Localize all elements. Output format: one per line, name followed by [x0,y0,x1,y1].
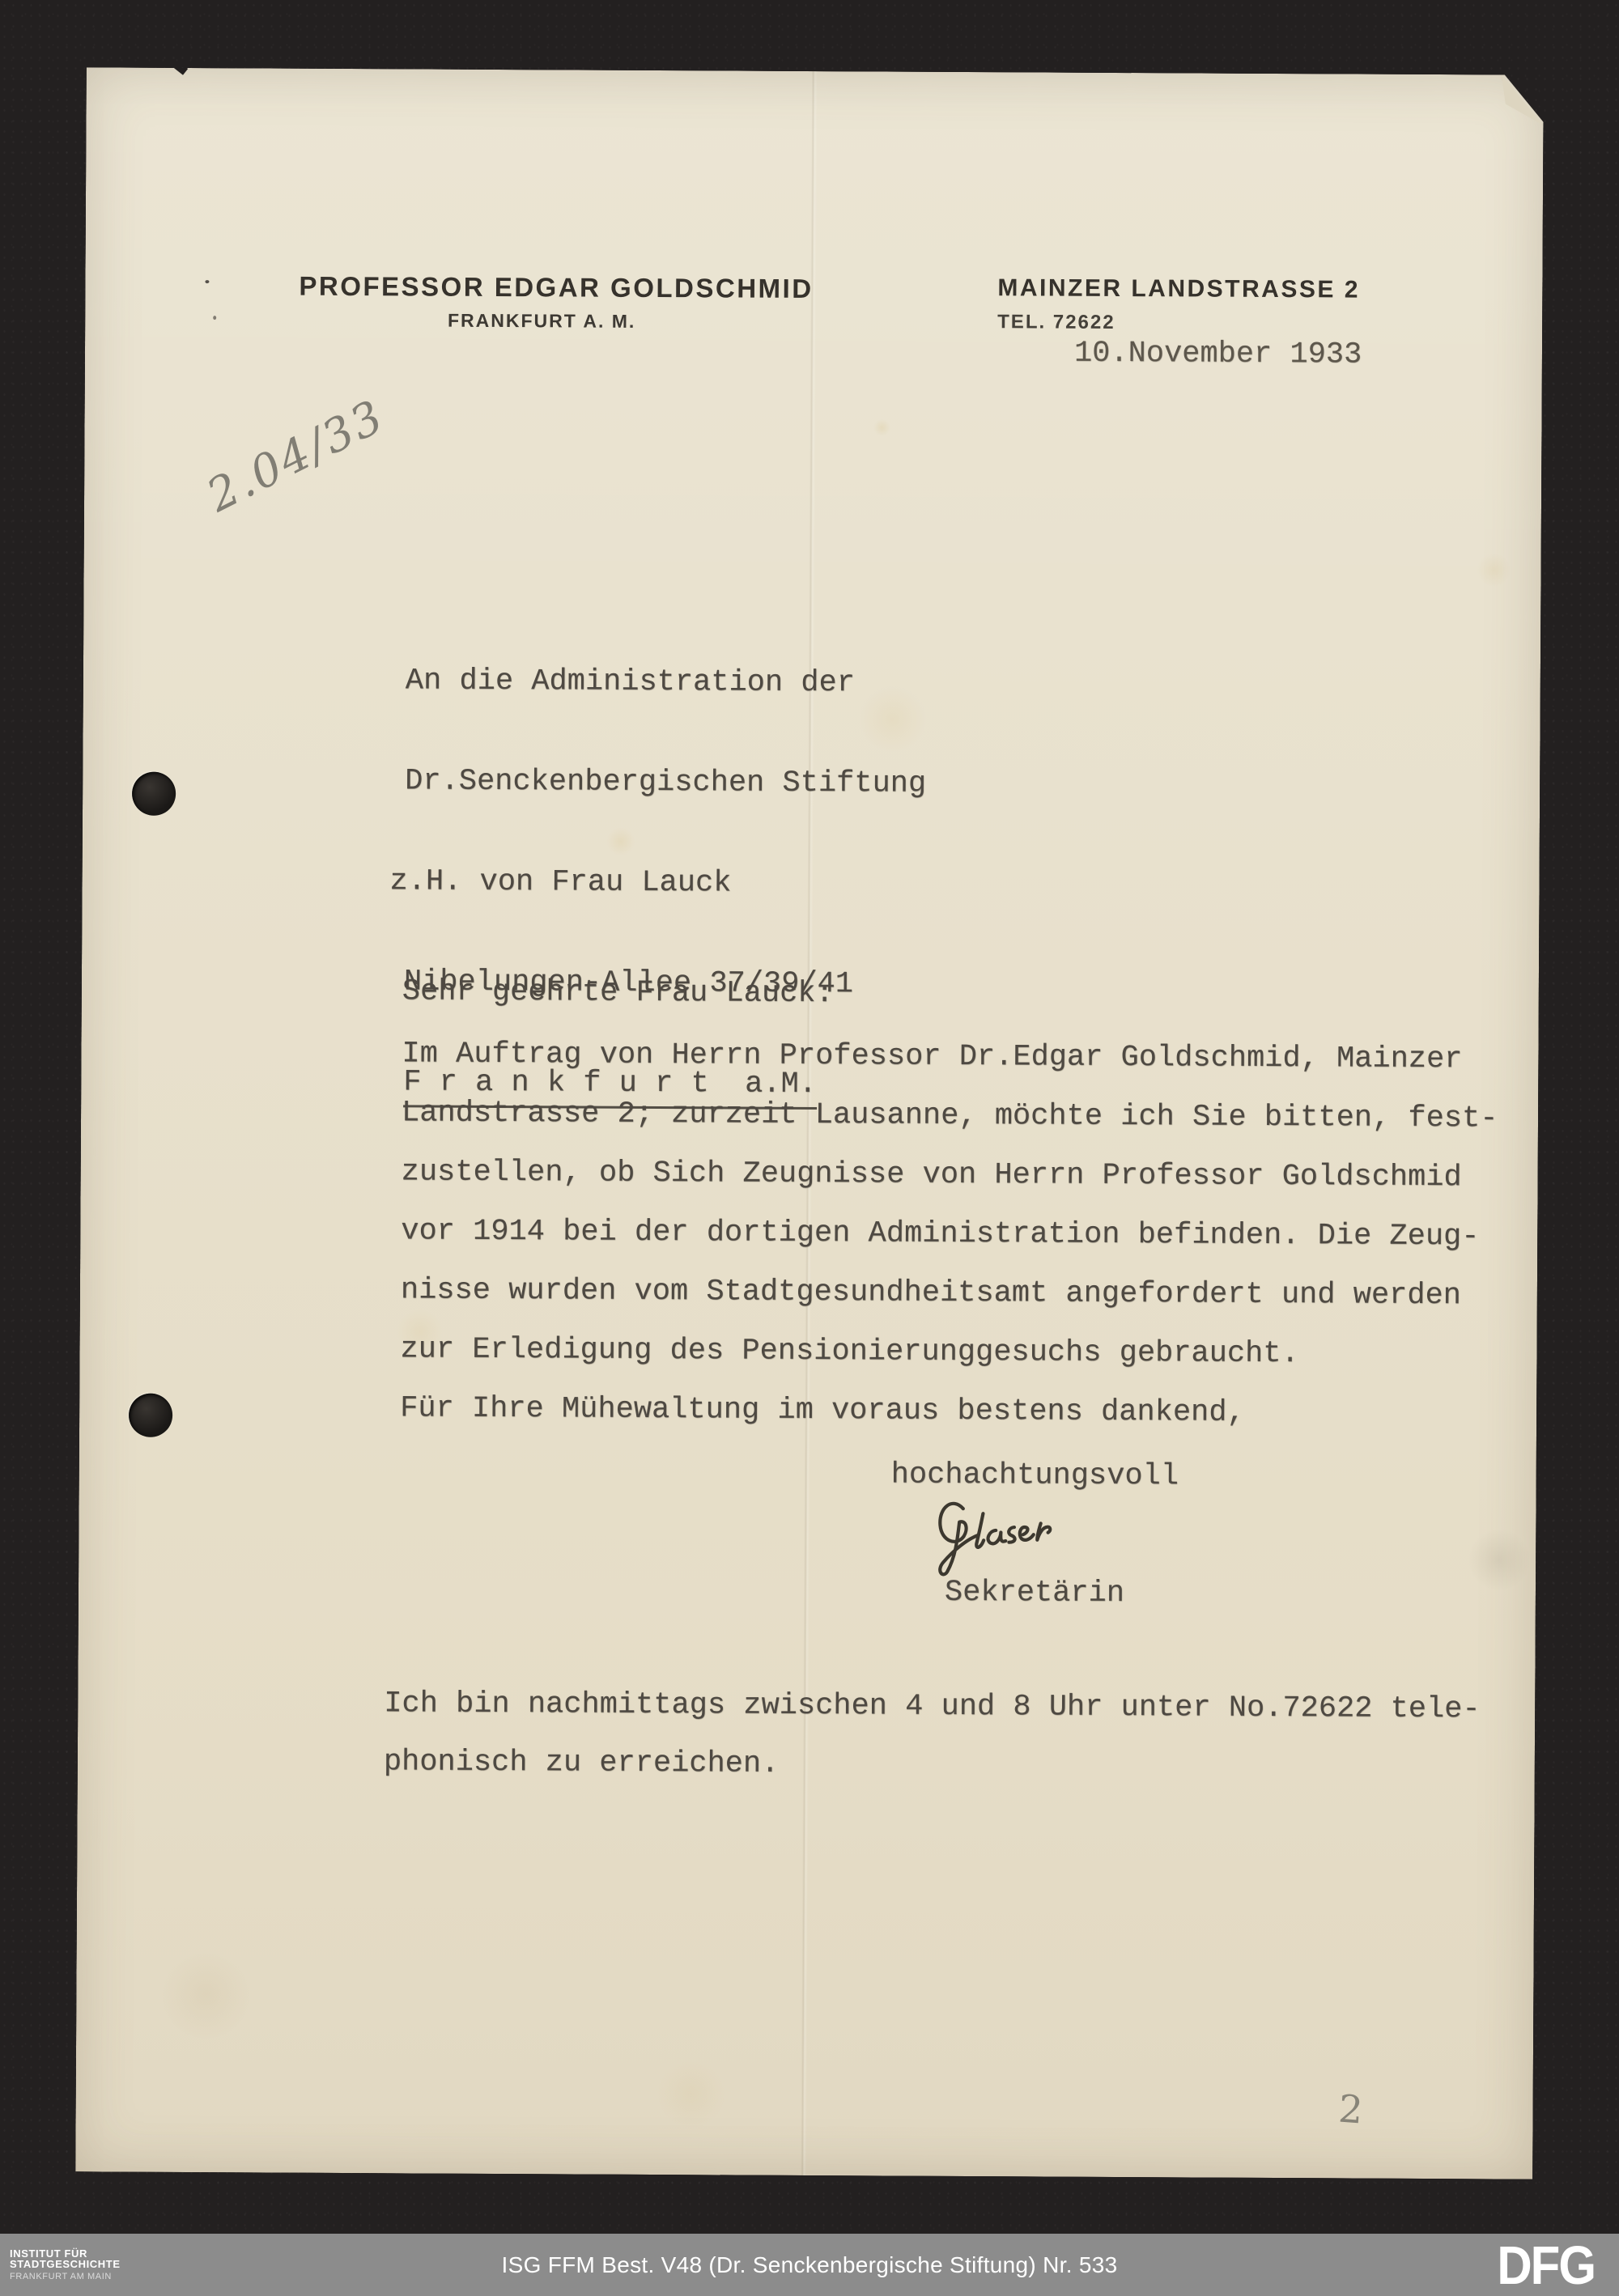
body-line: zur Erledigung des Pensionierunggesuchs … [400,1332,1497,1397]
salutation: Sehr geehrte Frau Lauck: [402,974,834,1011]
letterhead-city: FRANKFURT A. M. [299,309,784,333]
letterhead-address: MAINZER LANDSTRASSE 2 TEL. 72622 [997,274,1360,335]
letterhead-phone: TEL. 72622 [997,311,1360,335]
pencil-page-number: 2 [1337,2086,1365,2133]
letterhead-name: PROFESSOR EDGAR GOLDSCHMID [299,271,784,304]
isg-logo-line3: FRANKFURT AM MAIN [10,2271,121,2282]
body-line: nisse wurden vom Stadtgesundheitsamt ang… [401,1273,1498,1338]
body-line: Im Auftrag von Herrn Professor Dr.Edgar … [402,1037,1498,1101]
letter-body: Im Auftrag von Herrn Professor Dr.Edgar … [400,1037,1498,1456]
letter-date: 10.November 1933 [1074,337,1362,372]
body-line: Landstrasse 2; zurzeit Lausanne, möchte … [402,1096,1498,1161]
isg-logo: INSTITUT FÜR STADTGESCHICHTE FRANKFURT A… [10,2247,121,2282]
letterhead-street: MAINZER LANDSTRASSE 2 [997,274,1360,303]
recipient-line: z.H. von Frau Lauck [389,864,926,967]
archive-reference: ISG FFM Best. V48 (Dr. Senckenbergische … [502,2252,1118,2278]
isg-logo-line2: STADTGESCHICHTE [10,2259,121,2270]
handwritten-file-annotation: 2.04/33 [199,367,440,523]
body-line: vor 1914 bei der dortigen Administration… [401,1214,1498,1279]
dfg-logo: DFG [1497,2234,1595,2296]
postscript-line: phonisch zu erreichen. [384,1745,1481,1809]
folded-corner [1501,74,1543,125]
archive-footer-bar: INSTITUT FÜR STADTGESCHICHTE FRANKFURT A… [0,2234,1619,2296]
body-line: Für Ihre Mühewaltung im voraus bestens d… [400,1391,1497,1456]
paper-tear [172,61,188,75]
postscript-block: Ich bin nachmittags zwischen 4 und 8 Uhr… [384,1687,1481,1809]
recipient-line: An die Administration der [405,664,927,766]
punch-hole-top [132,772,176,816]
signature-role: Sekretärin [945,1576,1124,1611]
handwritten-signature: Glaser [924,1480,1100,1583]
ink-speck [205,280,209,283]
scanned-document-view: PROFESSOR EDGAR GOLDSCHMID FRANKFURT A. … [0,0,1619,2296]
postscript-line: Ich bin nachmittags zwischen 4 und 8 Uhr… [384,1687,1481,1751]
punch-hole-bottom [129,1394,172,1437]
letter-page: PROFESSOR EDGAR GOLDSCHMID FRANKFURT A. … [75,67,1544,2179]
isg-logo-line1: INSTITUT FÜR [10,2247,121,2259]
recipient-line: Dr.Senckenbergischen Stiftung [405,764,927,867]
letterhead-sender: PROFESSOR EDGAR GOLDSCHMID FRANKFURT A. … [299,271,784,333]
ink-speck [213,316,216,320]
body-line: zustellen, ob Sich Zeugnisse von Herrn P… [401,1155,1498,1220]
